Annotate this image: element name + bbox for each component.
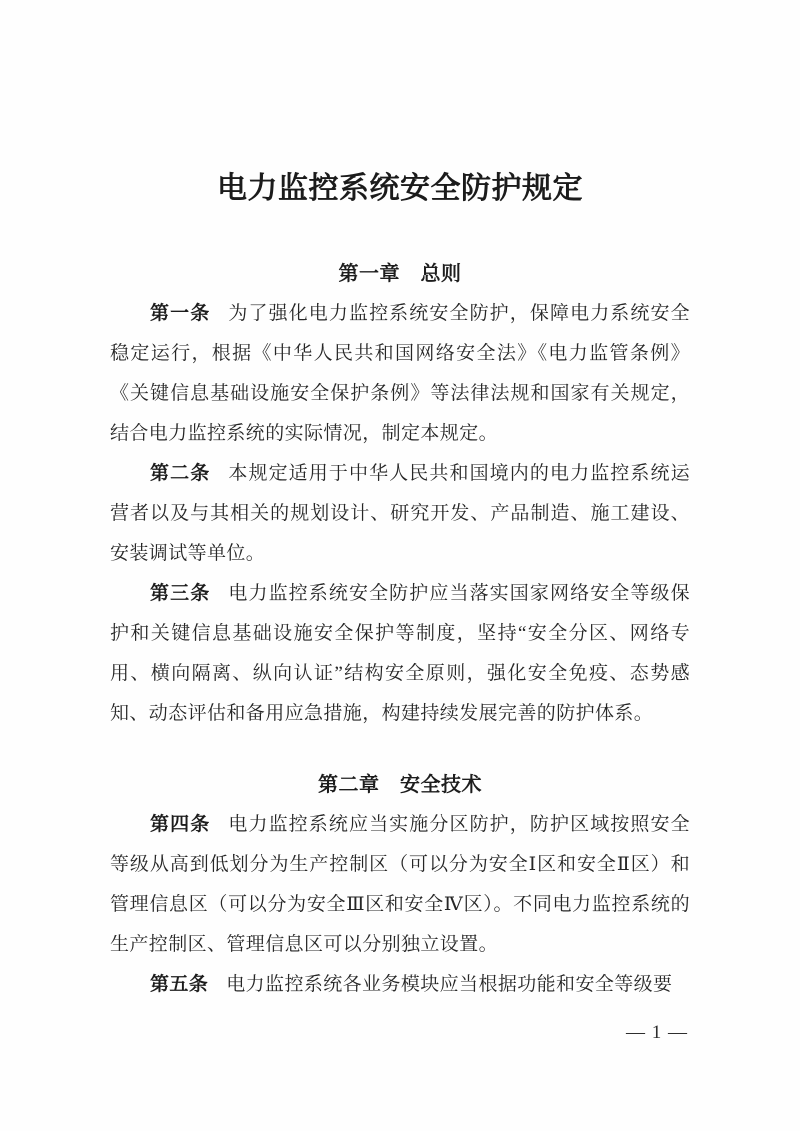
article-paragraph-4: 第四条电力监控系统应当实施分区防护，防护区域按照安全等级从高到低划分为生产控制区… — [110, 805, 690, 965]
chapter-1-heading: 第一章 总则 — [110, 254, 690, 294]
article-4-label: 第四条 — [150, 814, 210, 835]
document-page: 电力监控系统安全防护规定 第一章 总则 第一条为了强化电力监控系统安全防护，保障… — [0, 0, 800, 1131]
article-paragraph-2: 第二条本规定适用于中华人民共和国境内的电力监控系统运营者以及与其相关的规划设计、… — [110, 454, 690, 574]
article-3-label: 第三条 — [150, 583, 210, 604]
chapter-2: 第二章 安全技术 第四条电力监控系统应当实施分区防护，防护区域按照安全等级从高到… — [110, 765, 690, 1005]
page-number: — 1 — — [110, 1021, 690, 1045]
chapter-1: 第一章 总则 第一条为了强化电力监控系统安全防护，保障电力系统安全稳定运行，根据… — [110, 254, 690, 734]
article-paragraph-5: 第五条电力监控系统各业务模块应当根据功能和安全等级要 — [110, 965, 690, 1005]
article-paragraph-1: 第一条为了强化电力监控系统安全防护，保障电力系统安全稳定运行，根据《中华人民共和… — [110, 294, 690, 454]
chapter-2-heading: 第二章 安全技术 — [110, 765, 690, 805]
document-title: 电力监控系统安全防护规定 — [110, 0, 690, 206]
article-5-text: 电力监控系统各业务模块应当根据功能和安全等级要 — [226, 974, 672, 995]
article-2-label: 第二条 — [150, 463, 210, 484]
article-paragraph-3: 第三条电力监控系统安全防护应当落实国家网络安全等级保护和关键信息基础设施安全保护… — [110, 574, 690, 734]
article-1-label: 第一条 — [150, 303, 210, 324]
article-4-text: 电力监控系统应当实施分区防护，防护区域按照安全等级从高到低划分为生产控制区（可以… — [110, 814, 690, 955]
article-3-text: 电力监控系统安全防护应当落实国家网络安全等级保护和关键信息基础设施安全保护等制度… — [110, 583, 690, 724]
article-1-text: 为了强化电力监控系统安全防护，保障电力系统安全稳定运行，根据《中华人民共和国网络… — [110, 303, 690, 444]
article-5-label: 第五条 — [150, 974, 208, 995]
